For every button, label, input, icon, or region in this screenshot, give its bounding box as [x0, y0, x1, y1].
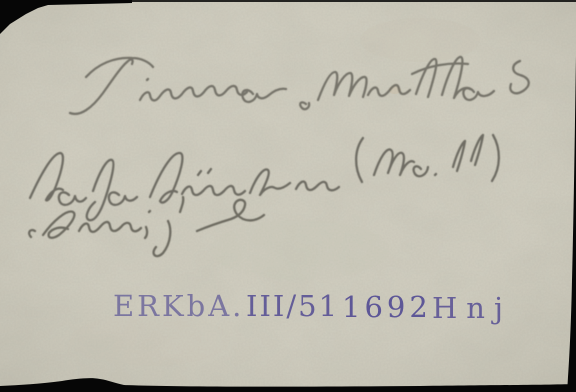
stamp-collection-code: ERKbA.: [113, 289, 244, 323]
scan-canvas: ERKbA. III/51 1692 Hnj: [0, 0, 576, 392]
stamp-parish-abbreviation: Hnj: [432, 291, 512, 325]
stamp-item-number: 1692: [342, 290, 432, 324]
archive-stamp: ERKbA. III/51 1692 Hnj: [113, 289, 512, 325]
scanned-document-card: ERKbA. III/51 1692 Hnj: [0, 0, 576, 392]
stamp-series-number: III/51: [246, 289, 339, 323]
